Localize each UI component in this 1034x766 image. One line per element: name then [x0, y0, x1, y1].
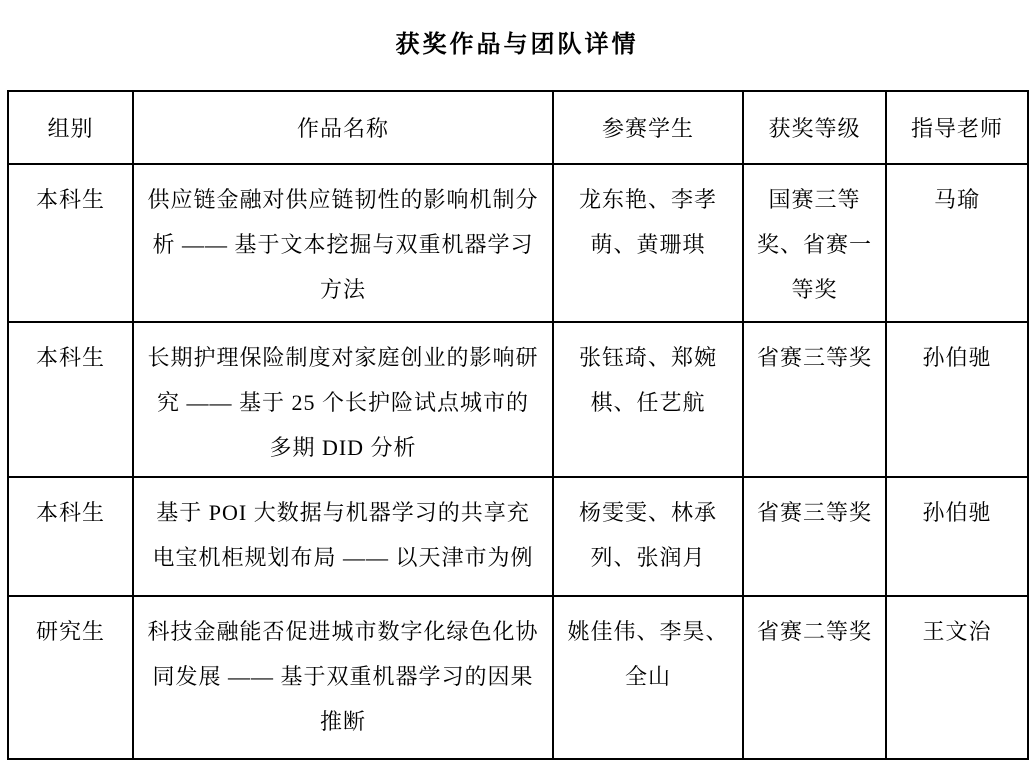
table-row: 本科生 供应链金融对供应链韧性的影响机制分 析 —— 基于文本挖掘与双重机器学习…	[8, 164, 1028, 322]
table-row: 本科生 基于 POI 大数据与机器学习的共享充 电宝机柜规划布局 —— 以天津市…	[8, 477, 1028, 596]
table-row: 本科生 长期护理保险制度对家庭创业的影响研 究 —— 基于 25 个长护险试点城…	[8, 322, 1028, 477]
work-title-cell: 供应链金融对供应链韧性的影响机制分 析 —— 基于文本挖掘与双重机器学习 方法	[133, 164, 553, 322]
header-group: 组别	[8, 91, 133, 164]
award-cell: 省赛三等奖	[743, 477, 886, 596]
table-header-row: 组别 作品名称 参赛学生 获奖等级 指导老师	[8, 91, 1028, 164]
students-cell: 龙东艳、李孝 萌、黄珊琪	[553, 164, 743, 322]
advisor-cell: 王文治	[886, 596, 1028, 759]
header-work: 作品名称	[133, 91, 553, 164]
table-row: 研究生 科技金融能否促进城市数字化绿色化协 同发展 —— 基于双重机器学习的因果…	[8, 596, 1028, 759]
group-cell: 本科生	[8, 477, 133, 596]
awards-table: 组别 作品名称 参赛学生 获奖等级 指导老师 本科生 供应链金融对供应链韧性的影…	[7, 90, 1029, 760]
advisor-cell: 马瑜	[886, 164, 1028, 322]
header-students: 参赛学生	[553, 91, 743, 164]
award-cell: 省赛二等奖	[743, 596, 886, 759]
award-cell: 省赛三等奖	[743, 322, 886, 477]
students-cell: 张钰琦、郑婉 棋、任艺航	[553, 322, 743, 477]
header-award: 获奖等级	[743, 91, 886, 164]
group-cell: 研究生	[8, 596, 133, 759]
header-advisor: 指导老师	[886, 91, 1028, 164]
advisor-cell: 孙伯驰	[886, 322, 1028, 477]
work-title-cell: 科技金融能否促进城市数字化绿色化协 同发展 —— 基于双重机器学习的因果 推断	[133, 596, 553, 759]
students-cell: 姚佳伟、李昊、 全山	[553, 596, 743, 759]
document-page: 获奖作品与团队详情 组别 作品名称 参赛学生 获奖等级 指导老师 本科生 供应链…	[0, 0, 1034, 766]
advisor-cell: 孙伯驰	[886, 477, 1028, 596]
group-cell: 本科生	[8, 164, 133, 322]
students-cell: 杨雯雯、林承 列、张润月	[553, 477, 743, 596]
award-cell: 国赛三等 奖、省赛一 等奖	[743, 164, 886, 322]
work-title-cell: 长期护理保险制度对家庭创业的影响研 究 —— 基于 25 个长护险试点城市的 多…	[133, 322, 553, 477]
group-cell: 本科生	[8, 322, 133, 477]
page-title: 获奖作品与团队详情	[0, 0, 1034, 62]
work-title-cell: 基于 POI 大数据与机器学习的共享充 电宝机柜规划布局 —— 以天津市为例	[133, 477, 553, 596]
